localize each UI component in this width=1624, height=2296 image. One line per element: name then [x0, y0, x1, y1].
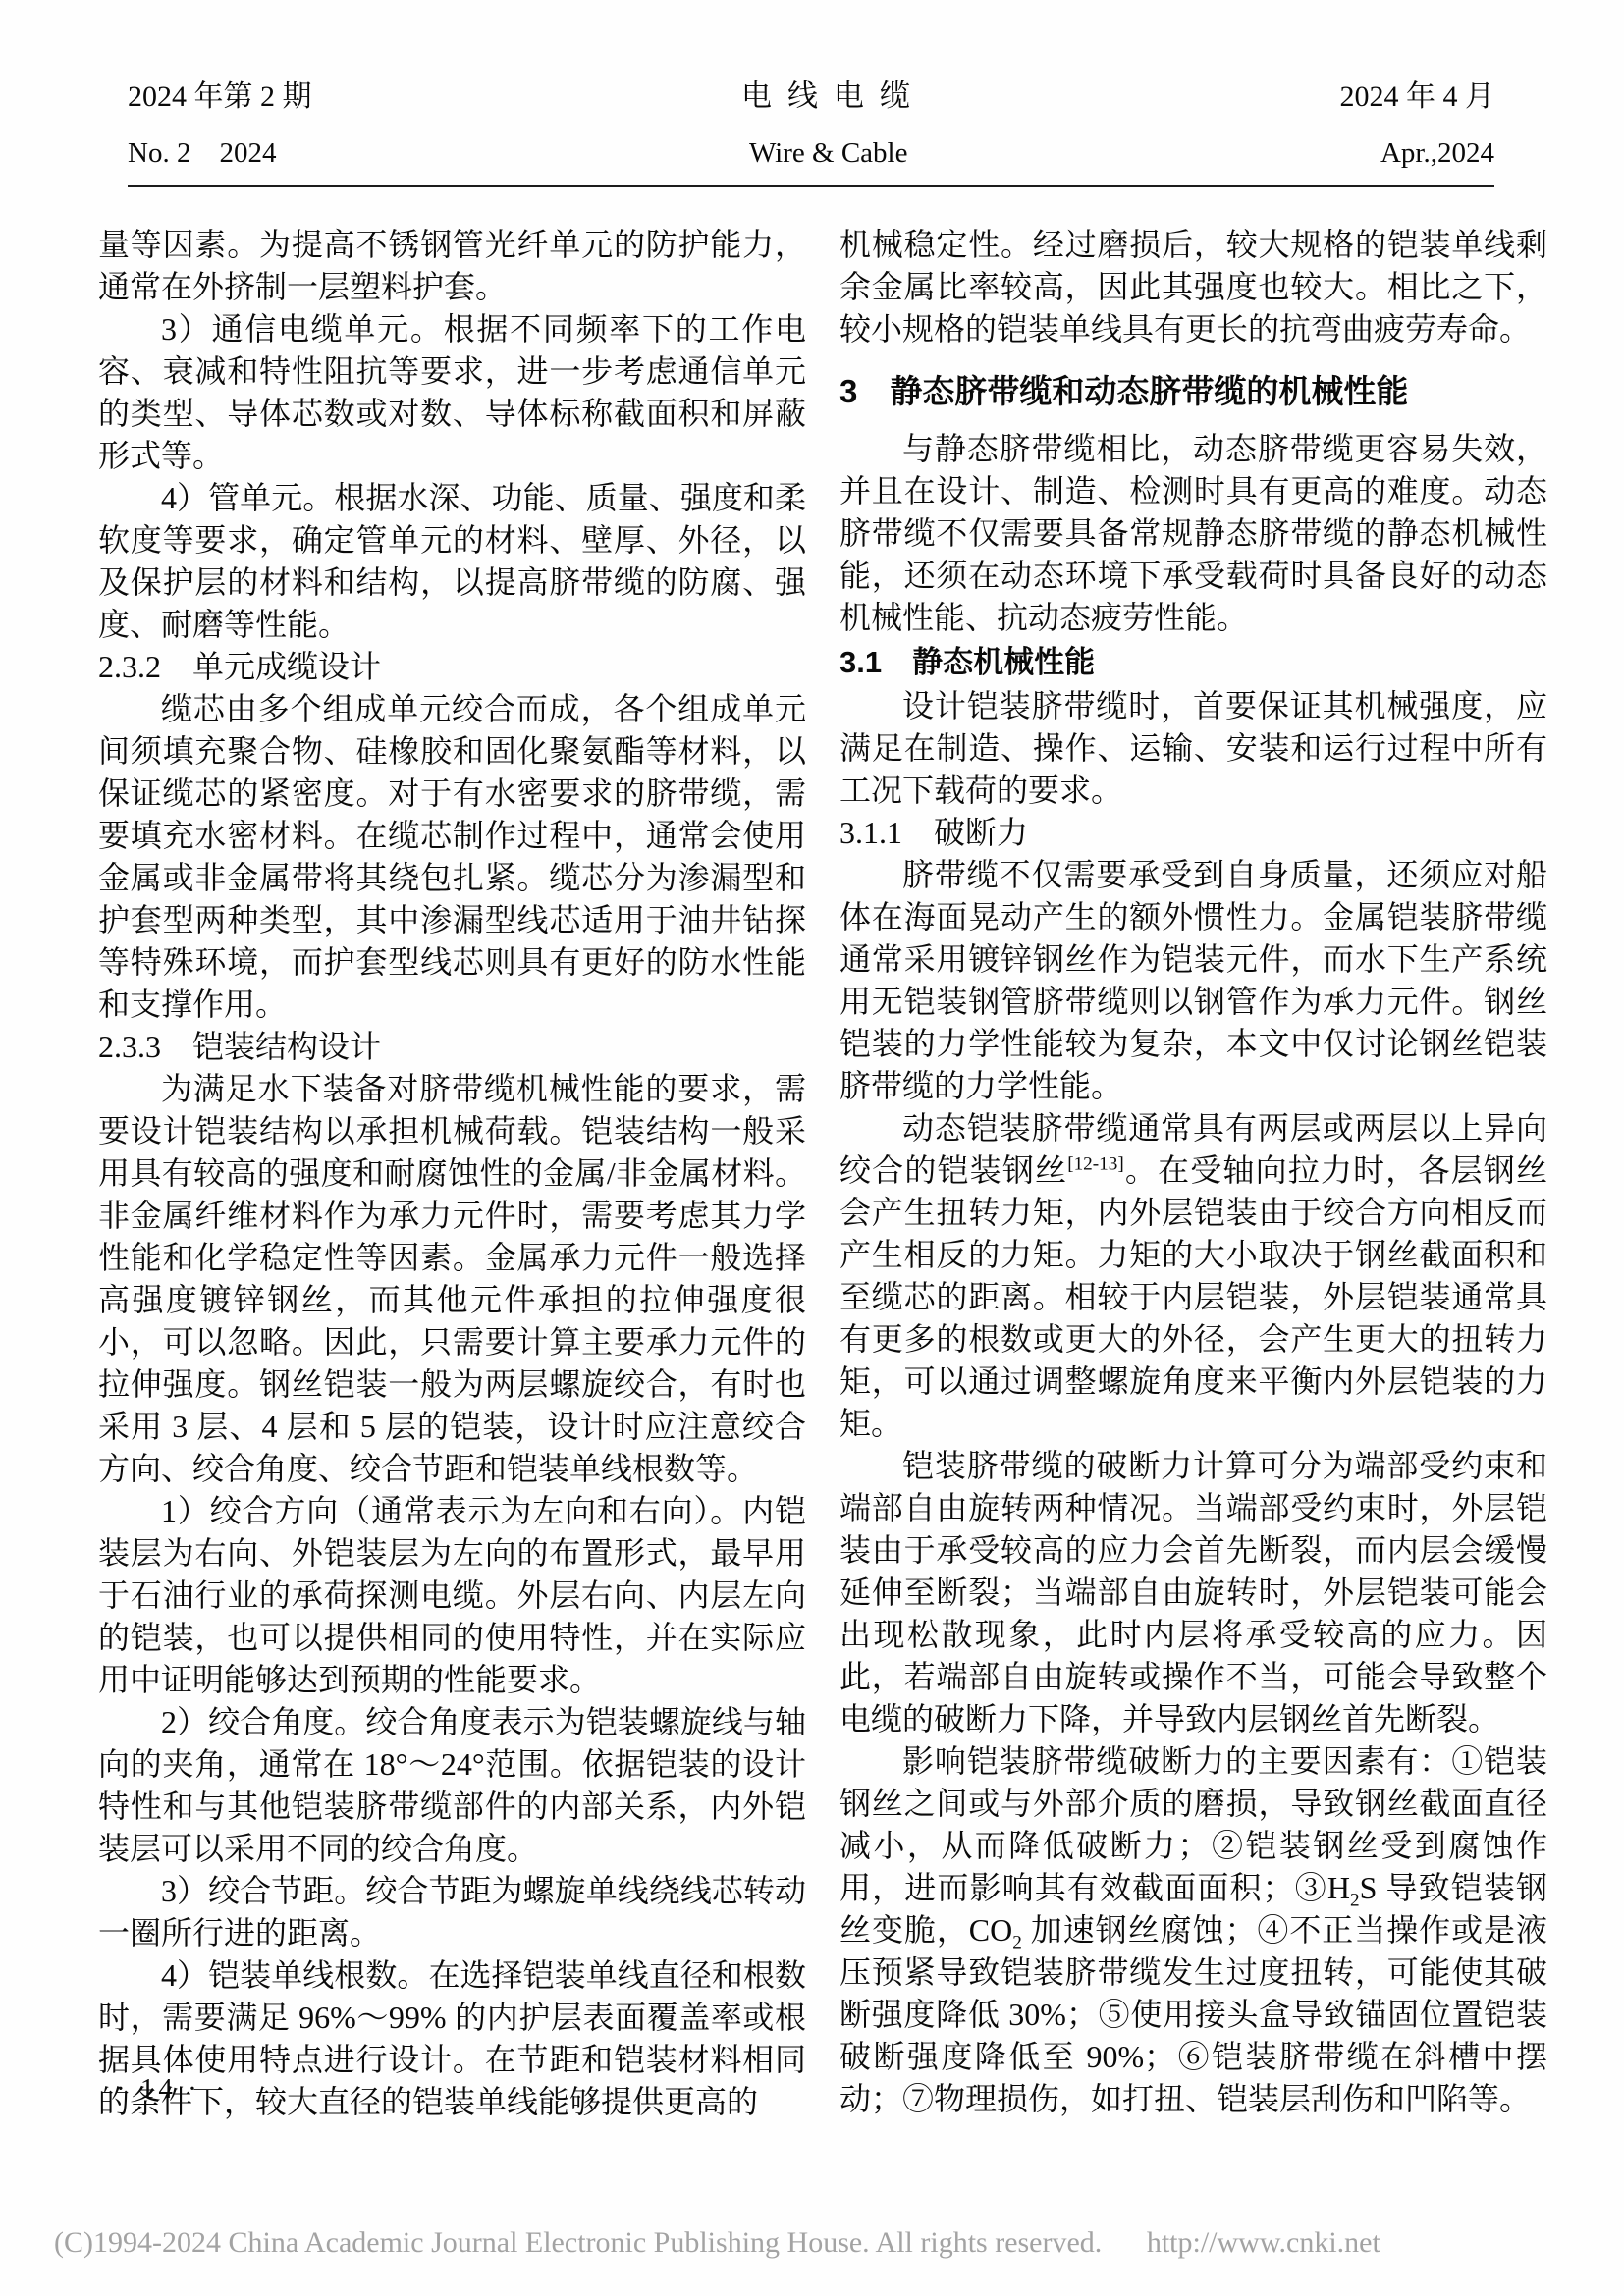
paragraph: 影响铠装脐带缆破断力的主要因素有：①铠装钢丝之间或与外部介质的磨损，导致钢丝截面…: [839, 1740, 1547, 2120]
header-row-chinese: 2024 年第 2 期 电线电缆 2024 年 4 月: [128, 71, 1494, 115]
page-header: 2024 年第 2 期 电线电缆 2024 年 4 月 No. 2 2024 W…: [128, 71, 1494, 187]
paragraph: 2）绞合角度。绞合角度表示为铠装螺旋线与轴向的夹角，通常在 18°～24°范围。…: [98, 1701, 806, 1870]
paragraph: 机械稳定性。经过磨损后，较大规格的铠装单线剩余金属比率较高，因此其强度也较大。相…: [839, 224, 1547, 350]
paragraph: 4）铠装单线根数。在选择铠装单线直径和根数时，需要满足 96%～99% 的内护层…: [98, 1954, 806, 2123]
paragraph: 动态铠装脐带缆通常具有两层或两层以上异向绞合的铠装钢丝[12-13]。在受轴向拉…: [839, 1107, 1547, 1445]
date-label-en: Apr.,2024: [1380, 137, 1494, 170]
section-heading: 3.1 静态机械性能: [839, 641, 1547, 683]
journal-title-en: Wire & Cable: [749, 137, 908, 170]
paragraph: 缆芯由多个组成单元绞合而成，各个组成单元间须填充聚合物、硅橡胶和固化聚氨酯等材料…: [98, 688, 806, 1026]
article-body: 量等因素。为提高不锈钢管光纤单元的防护能力，通常在外挤制一层塑料护套。3）通信电…: [98, 224, 1547, 2123]
page-number: · 14 ·: [116, 2073, 201, 2106]
chemical-subscript: 2: [1012, 1932, 1022, 1952]
header-row-english: No. 2 2024 Wire & Cable Apr.,2024: [128, 131, 1494, 171]
section-heading: 2.3.3 铠装结构设计: [98, 1026, 806, 1068]
paragraph: 3）绞合节距。绞合节距为螺旋单线绕线芯转动一圈所行进的距离。: [98, 1870, 806, 1954]
paragraph: 脐带缆不仅需要承受到自身质量，还须应对船体在海面晃动产生的额外惯性力。金属铠装脐…: [839, 854, 1547, 1107]
copyright-footer: (C)1994-2024 China Academic Journal Elec…: [54, 2226, 1380, 2260]
right-column: 机械稳定性。经过磨损后，较大规格的铠装单线剩余金属比率较高，因此其强度也较大。相…: [839, 224, 1547, 2123]
paragraph: 4）管单元。根据水深、功能、质量、强度和柔软度等要求，确定管单元的材料、壁厚、外…: [98, 477, 806, 646]
header-divider: [128, 185, 1494, 187]
journal-title-cn: 电线电缆: [726, 71, 926, 115]
paragraph: 与静态脐带缆相比，动态脐带缆更容易失效，并且在设计、制造、检测时具有更高的难度。…: [839, 428, 1547, 639]
date-label-cn: 2024 年 4 月: [1340, 72, 1495, 115]
left-column: 量等因素。为提高不锈钢管光纤单元的防护能力，通常在外挤制一层塑料护套。3）通信电…: [98, 224, 806, 2123]
paragraph: 设计铠装脐带缆时，首要保证其机械强度，应满足在制造、操作、运输、安装和运行过程中…: [839, 685, 1547, 812]
reference-superscript: [12-13]: [1067, 1153, 1124, 1174]
section-heading: 2.3.2 单元成缆设计: [98, 646, 806, 688]
copyright-text: (C)1994-2024 China Academic Journal Elec…: [54, 2226, 1102, 2259]
paragraph: 3）通信电缆单元。根据不同频率下的工作电容、衰减和特性阻抗等要求，进一步考虑通信…: [98, 308, 806, 477]
publisher-url: http://www.cnki.net: [1147, 2226, 1380, 2259]
section-heading: 3 静态脐带缆和动态脐带缆的机械性能: [839, 370, 1547, 412]
paragraph: 量等因素。为提高不锈钢管光纤单元的防护能力，通常在外挤制一层塑料护套。: [98, 224, 806, 308]
issue-label-en: No. 2 2024: [128, 131, 276, 171]
paragraph: 1）绞合方向（通常表示为左向和右向）。内铠装层为右向、外铠装层为左向的布置形式，…: [98, 1490, 806, 1701]
journal-page: 2024 年第 2 期 电线电缆 2024 年 4 月 No. 2 2024 W…: [0, 0, 1624, 2296]
issue-label-cn: 2024 年第 2 期: [128, 72, 312, 115]
section-heading: 3.1.1 破断力: [839, 812, 1547, 854]
text-run: 。在受轴向拉力时，各层钢丝会产生扭转力矩，内外层铠装由于绞合方向相反而产生相反的…: [839, 1152, 1547, 1441]
paragraph: 铠装脐带缆的破断力计算可分为端部受约束和端部自由旋转两种情况。当端部受约束时，外…: [839, 1445, 1547, 1740]
chemical-subscript: 2: [1350, 1890, 1360, 1910]
paragraph: 为满足水下装备对脐带缆机械性能的要求，需要设计铠装结构以承担机械荷载。铠装结构一…: [98, 1068, 806, 1490]
